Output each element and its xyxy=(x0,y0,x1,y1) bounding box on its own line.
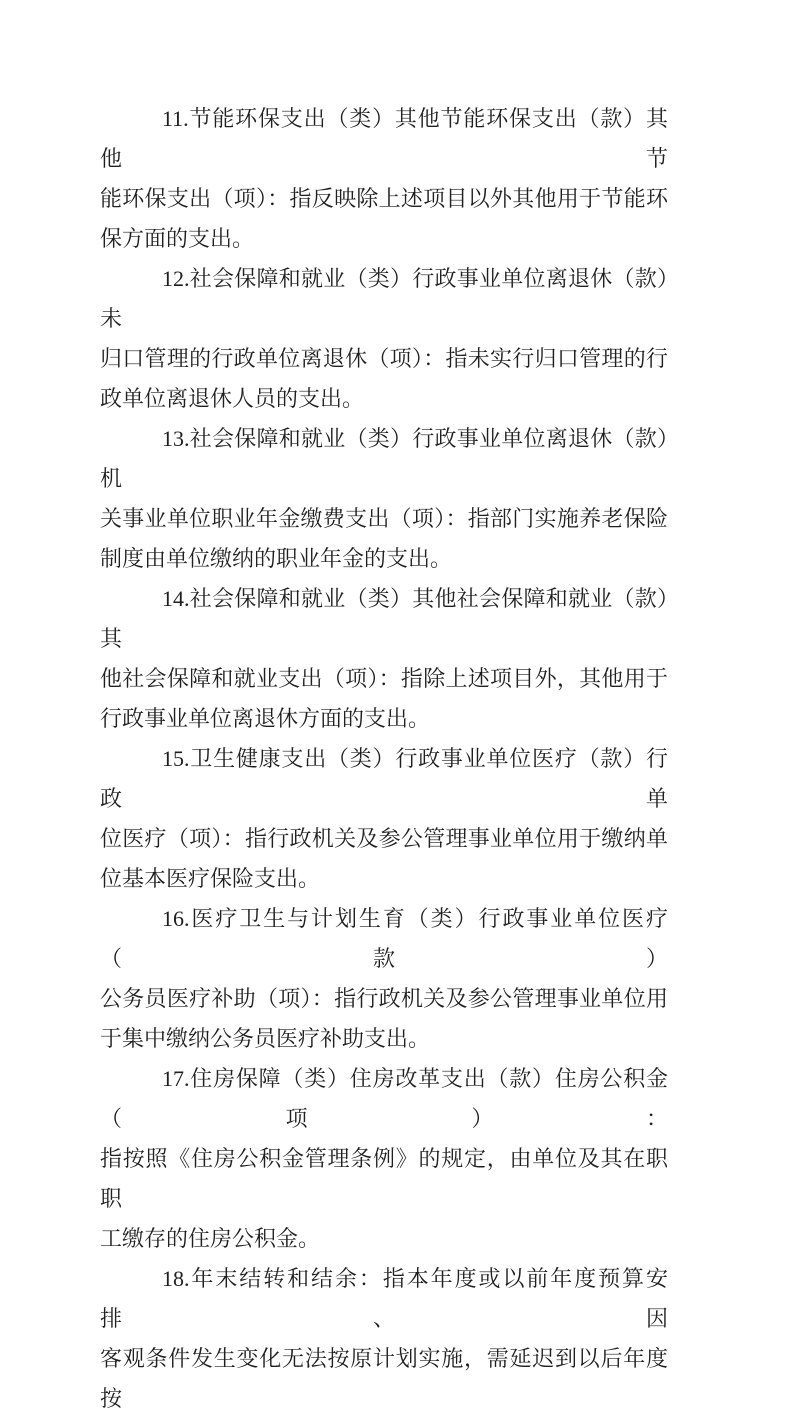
paragraph-line: 政单位离退休人员的支出。 xyxy=(100,379,668,419)
paragraph-13: 13.社会保障和就业（类）行政事业单位离退休（款）机关事业单位职业年金缴费支出（… xyxy=(100,419,668,579)
paragraph-line: 行政事业单位离退休方面的支出。 xyxy=(100,699,668,739)
paragraph-line: 11.节能环保支出（类）其他节能环保支出（款）其他节 xyxy=(100,99,668,179)
paragraph-line: 他社会保障和就业支出（项）：指除上述项目外，其他用于 xyxy=(100,659,668,699)
paragraph-line: 于集中缴纳公务员医疗补助支出。 xyxy=(100,1019,668,1059)
paragraph-16: 16.医疗卫生与计划生育（类）行政事业单位医疗（款）公务员医疗补助（项）：指行政… xyxy=(100,899,668,1059)
paragraph-line: 12.社会保障和就业（类）行政事业单位离退休（款）未 xyxy=(100,259,668,339)
paragraph-11: 11.节能环保支出（类）其他节能环保支出（款）其他节能环保支出（项）：指反映除上… xyxy=(100,99,668,259)
paragraph-line: 13.社会保障和就业（类）行政事业单位离退休（款）机 xyxy=(100,419,668,499)
paragraph-line: 保方面的支出。 xyxy=(100,219,668,259)
paragraph-14: 14.社会保障和就业（类）其他社会保障和就业（款）其他社会保障和就业支出（项）：… xyxy=(100,579,668,739)
paragraph-line: 制度由单位缴纳的职业年金的支出。 xyxy=(100,539,668,579)
paragraph-line: 位基本医疗保险支出。 xyxy=(100,859,668,899)
paragraph-line: 15.卫生健康支出（类）行政事业单位医疗（款）行政单 xyxy=(100,739,668,819)
paragraph-17: 17.住房保障（类）住房改革支出（款）住房公积金（项）：指按照《住房公积金管理条… xyxy=(100,1059,668,1122)
paragraph-line: 17.住房保障（类）住房改革支出（款）住房公积金（项）： xyxy=(100,1059,668,1122)
paragraph-12: 12.社会保障和就业（类）行政事业单位离退休（款）未归口管理的行政单位离退休（项… xyxy=(100,259,668,419)
document-page: 11.节能环保支出（类）其他节能环保支出（款）其他节能环保支出（项）：指反映除上… xyxy=(0,0,793,1122)
paragraph-line: 能环保支出（项）：指反映除上述项目以外其他用于节能环 xyxy=(100,179,668,219)
paragraph-15: 15.卫生健康支出（类）行政事业单位医疗（款）行政单位医疗（项）：指行政机关及参… xyxy=(100,739,668,899)
paragraph-line: 关事业单位职业年金缴费支出（项）：指部门实施养老保险 xyxy=(100,499,668,539)
document-body: 11.节能环保支出（类）其他节能环保支出（款）其他节能环保支出（项）：指反映除上… xyxy=(100,99,668,1122)
paragraph-line: 归口管理的行政单位离退休（项）：指未实行归口管理的行 xyxy=(100,339,668,379)
paragraph-line: 14.社会保障和就业（类）其他社会保障和就业（款）其 xyxy=(100,579,668,659)
paragraph-line: 位医疗（项）：指行政机关及参公管理事业单位用于缴纳单 xyxy=(100,819,668,859)
paragraph-line: 16.医疗卫生与计划生育（类）行政事业单位医疗（款） xyxy=(100,899,668,979)
paragraph-line: 公务员医疗补助（项）：指行政机关及参公管理事业单位用 xyxy=(100,979,668,1019)
